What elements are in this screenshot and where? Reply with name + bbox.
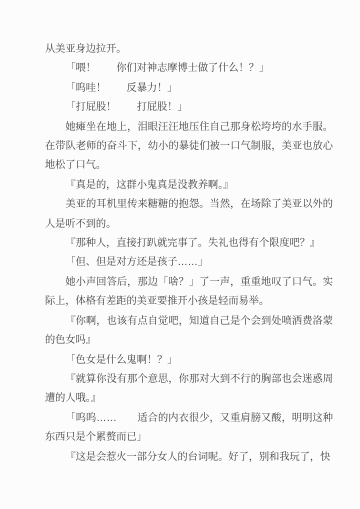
paragraph: 「色女是什么鬼啊！？」 <box>45 351 333 370</box>
paragraph: 「呜哇！ 反暴力！」 <box>45 79 333 98</box>
paragraph: 『真是的，这群小鬼真是没教养啊。』 <box>45 176 333 195</box>
paragraph: 「打屁股！ 打屁股！」 <box>45 98 333 117</box>
paragraph: 『这是会惹火一部分女人的台词呢。好了，别和我玩了，快 <box>45 448 333 467</box>
paragraph: 「呜呜…… 适合的内衣很少，又重肩膀又酸，明明这种东西只是个累赘而已」 <box>45 409 333 448</box>
paragraph: 从美亚身边拉开。 <box>45 40 333 59</box>
paragraph: 「喂！ 你们对神志摩博士做了什么！？」 <box>45 59 333 78</box>
paragraph: 她小声回答后，那边「啥？」了一声，重重地叹了口气。实际上，体格有差距的美亚要推开… <box>45 273 333 312</box>
paragraph: 『就算你没有那个意思，你那对大到不行的胸部也会迷惑周遭的人哦。』 <box>45 370 333 409</box>
paragraph: 『那种人，直接打趴就完事了。失礼也得有个限度吧？』 <box>45 234 333 253</box>
novel-reader-page: 从美亚身边拉开。「喂！ 你们对神志摩博士做了什么！？」「呜哇！ 反暴力！」「打屁… <box>0 0 360 509</box>
paragraph: 「但、但是对方还是孩子……」 <box>45 253 333 272</box>
paragraph: 『你啊，也该有点自觉吧，知道自己是个会到处喷洒费洛蒙的色女吗』 <box>45 312 333 351</box>
novel-text-body: 从美亚身边拉开。「喂！ 你们对神志摩博士做了什么！？」「呜哇！ 反暴力！」「打屁… <box>0 0 360 467</box>
paragraph: 她瘫坐在地上，泪眼汪汪地压住自己那身松垮垮的水手服。在带队老师的奋斗下，幼小的暴… <box>45 118 333 176</box>
paragraph: 美亚的耳机里传来糖糖的抱怨。当然，在场除了美亚以外的人是听不到的。 <box>45 195 333 234</box>
